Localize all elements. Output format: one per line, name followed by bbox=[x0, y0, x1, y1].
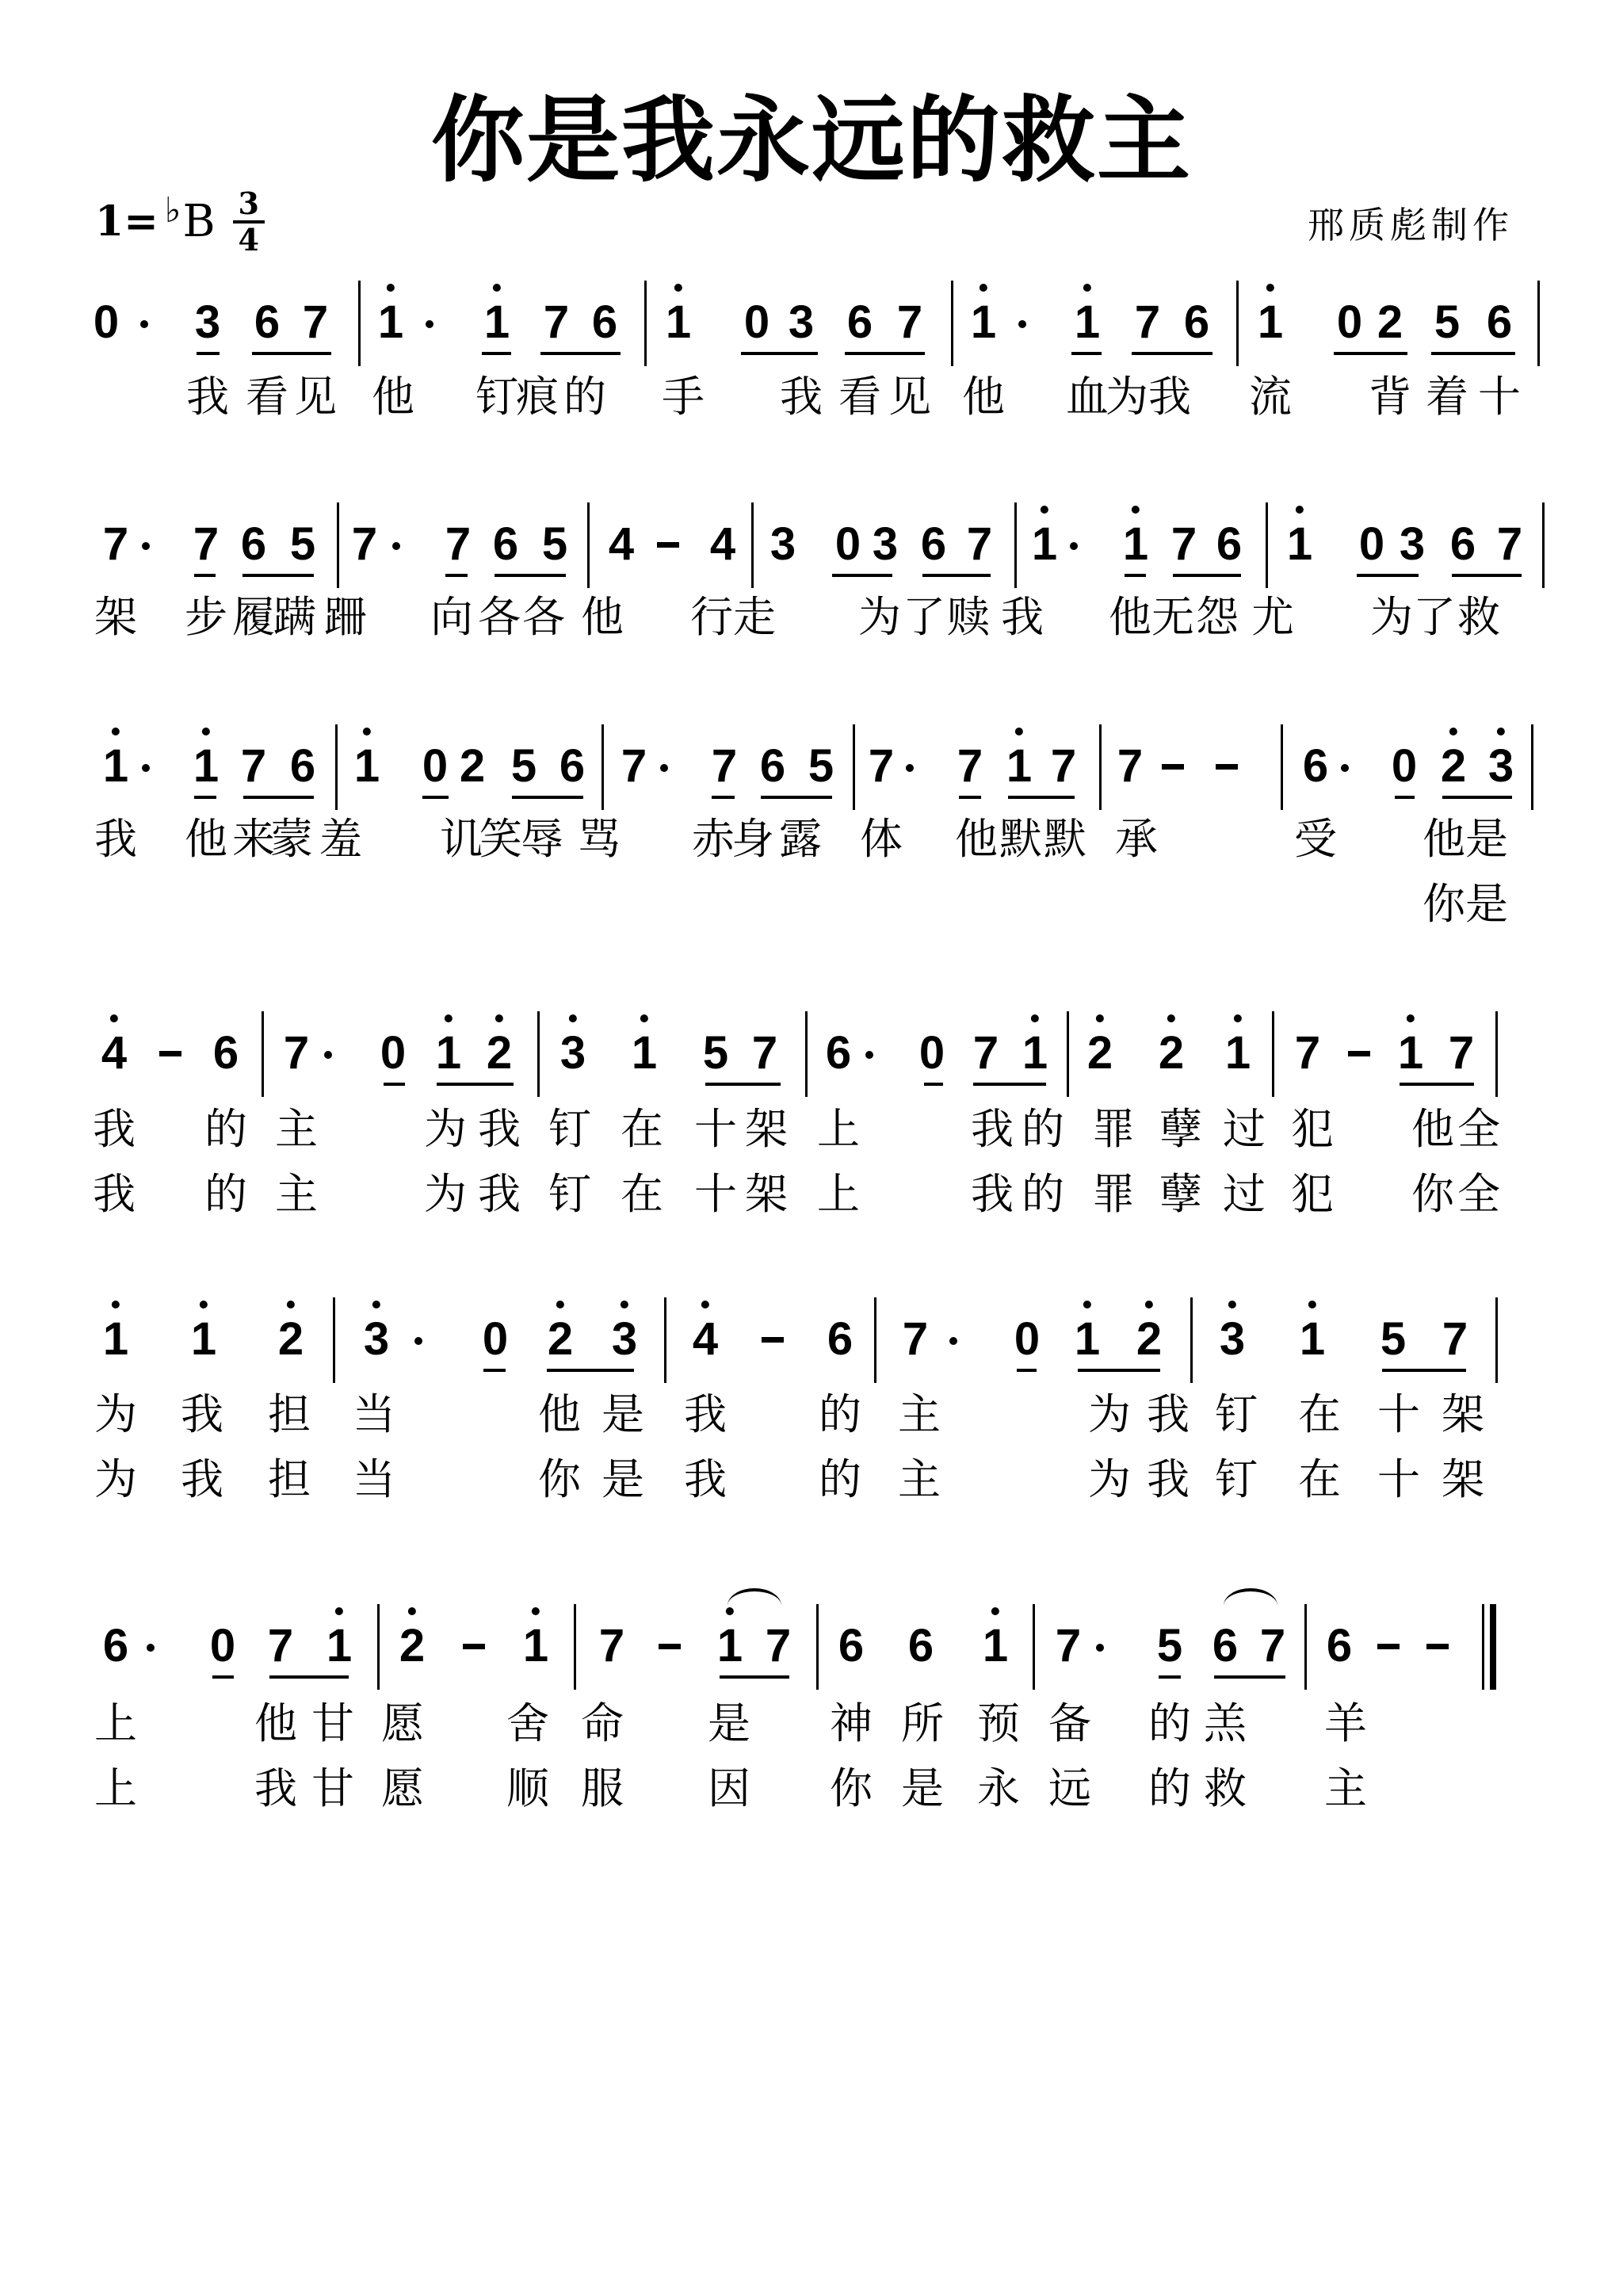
extension-dash-icon bbox=[463, 1644, 485, 1649]
eighth-note-underline bbox=[512, 796, 583, 799]
lyric-char: 是 bbox=[708, 1702, 750, 1745]
note: 6 bbox=[592, 300, 617, 346]
lyric-char: 担 bbox=[268, 1393, 311, 1436]
note: 7 bbox=[897, 300, 922, 346]
eighth-note-underline bbox=[194, 796, 216, 799]
lyric-char: 架 bbox=[1442, 1393, 1484, 1436]
lyric-char: 备 bbox=[1048, 1702, 1091, 1745]
lyric-char: 看 bbox=[246, 376, 288, 418]
augmentation-dot-icon bbox=[426, 320, 433, 328]
lyric-char: 他 bbox=[185, 818, 227, 861]
lyric-char: 的 bbox=[1022, 1173, 1064, 1216]
eighth-note-underline bbox=[1008, 796, 1075, 799]
lyric-char: 主 bbox=[898, 1393, 941, 1436]
note: 7 bbox=[193, 521, 219, 567]
lyric-char: 过 bbox=[1223, 1108, 1266, 1151]
lyric-char: 你 bbox=[1423, 883, 1465, 926]
note: 7 bbox=[241, 743, 266, 789]
eighth-note-underline bbox=[741, 352, 818, 355]
eighth-note-underline bbox=[269, 1675, 349, 1679]
lyric-char: 向 bbox=[430, 596, 473, 639]
barline bbox=[1495, 1297, 1498, 1383]
note: 7 bbox=[1171, 521, 1197, 567]
note: 7 bbox=[284, 1030, 309, 1076]
eighth-note-underline bbox=[712, 796, 735, 799]
note: 6 bbox=[559, 743, 585, 789]
lyric-char: 上 bbox=[817, 1173, 860, 1216]
eighth-note-underline bbox=[1017, 1369, 1037, 1372]
lyric-char: 架 bbox=[745, 1108, 788, 1151]
lyric-char: 是 bbox=[1465, 818, 1508, 861]
lyric-char: 我 bbox=[1147, 1393, 1190, 1436]
eighth-note-underline bbox=[1442, 796, 1512, 799]
eighth-note-underline bbox=[832, 574, 892, 577]
eighth-note-underline bbox=[1334, 352, 1407, 355]
high-octave-dot-icon bbox=[387, 284, 395, 292]
lyric-char: 他 bbox=[955, 818, 998, 861]
lyric-char: 为 bbox=[858, 596, 901, 639]
note: 7 bbox=[766, 1623, 791, 1669]
lyric-char: 我 bbox=[186, 376, 229, 418]
lyric-char: 来 bbox=[232, 818, 275, 861]
note: 7 bbox=[1497, 521, 1522, 567]
augmentation-dot-icon bbox=[660, 764, 668, 772]
high-octave-dot-icon bbox=[335, 1607, 343, 1615]
note: 1 bbox=[1225, 1030, 1251, 1076]
note: 7 bbox=[957, 743, 983, 789]
lyric-char: 钉 bbox=[475, 376, 518, 418]
lyric-char: 见 bbox=[294, 376, 337, 418]
lyric-char: 犯 bbox=[1291, 1173, 1334, 1216]
note: 0 bbox=[94, 300, 119, 346]
lyric-char: 痕 bbox=[516, 376, 559, 418]
lyric-char: 无 bbox=[1151, 596, 1194, 639]
note: 1 bbox=[354, 743, 380, 789]
note: 0 bbox=[483, 1316, 508, 1362]
note: 1 bbox=[1022, 1030, 1048, 1076]
note: 7 bbox=[1442, 1316, 1468, 1362]
extension-dash-icon bbox=[159, 1051, 181, 1056]
lyric-char: 行 bbox=[690, 596, 733, 639]
lyric-char: 所 bbox=[901, 1702, 944, 1745]
lyric-char: 当 bbox=[353, 1393, 395, 1436]
lyric-char: 钉 bbox=[548, 1108, 591, 1151]
lyric-char: 架 bbox=[745, 1173, 788, 1216]
note: 6 bbox=[493, 521, 518, 567]
augmentation-dot-icon bbox=[392, 542, 400, 550]
barline bbox=[1067, 1011, 1069, 1097]
lyric-char: 他 bbox=[254, 1702, 297, 1745]
high-octave-dot-icon bbox=[569, 1014, 577, 1022]
high-octave-dot-icon bbox=[112, 1301, 120, 1308]
note: 1 bbox=[1123, 521, 1148, 567]
eighth-note-underline bbox=[1400, 1083, 1474, 1086]
note: 0 bbox=[919, 1030, 945, 1076]
augmentation-dot-icon bbox=[1018, 320, 1026, 328]
lyric-char: 默 bbox=[1044, 818, 1086, 861]
note: 1 bbox=[191, 1316, 216, 1362]
note: 1 bbox=[971, 300, 996, 346]
note: 0 bbox=[210, 1623, 235, 1669]
barline bbox=[805, 1011, 808, 1097]
time-numerator: 3 bbox=[238, 189, 258, 219]
lyric-char: 孽 bbox=[1159, 1108, 1202, 1151]
lyric-char: 远 bbox=[1048, 1767, 1091, 1810]
lyric-char: 他 bbox=[962, 376, 1005, 418]
eighth-note-underline bbox=[252, 352, 331, 355]
barline bbox=[1304, 1604, 1307, 1690]
note: 1 bbox=[983, 1623, 1008, 1669]
barline bbox=[1099, 724, 1102, 810]
note: 2 bbox=[1136, 1316, 1162, 1362]
eighth-note-underline bbox=[1078, 1369, 1160, 1372]
eighth-note-underline bbox=[761, 796, 832, 799]
high-octave-dot-icon bbox=[495, 1014, 503, 1022]
barline bbox=[358, 281, 361, 366]
high-octave-dot-icon bbox=[1308, 1301, 1316, 1308]
lyric-char: 因 bbox=[708, 1767, 750, 1810]
note: 7 bbox=[869, 743, 894, 789]
lyric-char: 救 bbox=[1204, 1767, 1247, 1810]
lyric-char: 羔 bbox=[1204, 1702, 1247, 1745]
barline bbox=[601, 724, 604, 810]
lyric-char: 见 bbox=[888, 376, 931, 418]
note: 4 bbox=[693, 1316, 718, 1362]
note: 2 bbox=[1441, 743, 1466, 789]
lyric-char: 笑 bbox=[479, 818, 522, 861]
lyric-char: 跚 bbox=[324, 596, 367, 639]
note: 7 bbox=[352, 521, 377, 567]
lyric-char: 受 bbox=[1294, 818, 1337, 861]
note: 1 bbox=[666, 300, 691, 346]
note: 3 bbox=[1488, 743, 1514, 789]
barline bbox=[664, 1297, 666, 1383]
high-octave-dot-icon bbox=[1228, 1301, 1236, 1308]
lyric-char: 怨 bbox=[1196, 596, 1239, 639]
note: 6 bbox=[241, 521, 266, 567]
barline bbox=[1033, 1604, 1035, 1690]
lyric-char: 我 bbox=[1147, 1458, 1190, 1501]
lyric-char: 讥 bbox=[440, 818, 483, 861]
time-signature: 3 4 bbox=[233, 189, 265, 255]
high-octave-dot-icon bbox=[287, 1301, 295, 1308]
note: 2 bbox=[1159, 1030, 1184, 1076]
barline bbox=[574, 1604, 576, 1690]
lyric-char: 钉 bbox=[1215, 1458, 1258, 1501]
key-tonic: 1 bbox=[95, 201, 124, 243]
note: 7 bbox=[1135, 300, 1160, 346]
lyric-char: 我 bbox=[780, 376, 823, 418]
lyric-char: 孽 bbox=[1159, 1173, 1202, 1216]
barline bbox=[377, 1604, 380, 1690]
high-octave-dot-icon bbox=[701, 1301, 709, 1308]
note: 1 bbox=[632, 1030, 657, 1076]
note: 1 bbox=[193, 743, 219, 789]
lyric-char: 他 bbox=[1423, 818, 1465, 861]
note: 6 bbox=[1184, 300, 1209, 346]
note: 7 bbox=[1051, 743, 1076, 789]
note: 5 bbox=[542, 521, 567, 567]
key-equals: = bbox=[124, 201, 158, 243]
lyric-char: 愿 bbox=[381, 1767, 424, 1810]
lyric-char: 上 bbox=[94, 1767, 137, 1810]
eighth-note-underline bbox=[1395, 796, 1415, 799]
lyric-char: 默 bbox=[999, 818, 1042, 861]
note: 2 bbox=[399, 1623, 425, 1669]
lyric-char: 愿 bbox=[381, 1702, 424, 1745]
barline bbox=[335, 724, 338, 810]
lyric-char: 你 bbox=[830, 1767, 873, 1810]
note: 1 bbox=[1287, 521, 1312, 567]
lyric-char: 十 bbox=[1478, 376, 1521, 418]
lyric-char: 架 bbox=[94, 596, 137, 639]
high-octave-dot-icon bbox=[1497, 728, 1505, 735]
note: 0 bbox=[744, 300, 769, 346]
high-octave-dot-icon bbox=[110, 1014, 118, 1022]
note: 7 bbox=[1449, 1030, 1474, 1076]
lyric-char: 为 bbox=[1370, 596, 1413, 639]
note: 1 bbox=[103, 743, 128, 789]
time-denominator: 4 bbox=[238, 225, 258, 255]
note: 2 bbox=[487, 1030, 512, 1076]
lyric-char: 羊 bbox=[1324, 1702, 1367, 1745]
note: 5 bbox=[808, 743, 834, 789]
lyric-char: 的 bbox=[1148, 1767, 1191, 1810]
eighth-note-underline bbox=[973, 1083, 1046, 1086]
lyric-char: 担 bbox=[268, 1458, 311, 1501]
high-octave-dot-icon bbox=[1083, 1301, 1091, 1308]
eighth-note-underline bbox=[1173, 574, 1241, 577]
note: 1 bbox=[378, 300, 403, 346]
eighth-note-underline bbox=[1382, 1369, 1466, 1372]
lyric-char: 命 bbox=[581, 1702, 624, 1745]
barline bbox=[816, 1604, 819, 1690]
lyric-char: 是 bbox=[601, 1458, 644, 1501]
lyric-char: 的 bbox=[1148, 1702, 1191, 1745]
note: 6 bbox=[1327, 1623, 1352, 1669]
augmentation-dot-icon bbox=[140, 320, 148, 328]
barline bbox=[751, 502, 754, 588]
high-octave-dot-icon bbox=[640, 1014, 648, 1022]
barline bbox=[853, 724, 855, 810]
lyric-char: 我 bbox=[971, 1173, 1014, 1216]
lyric-char: 甘 bbox=[311, 1702, 354, 1745]
lyric-char: 罪 bbox=[1092, 1108, 1135, 1151]
high-octave-dot-icon bbox=[674, 284, 682, 292]
note: 6 bbox=[1487, 300, 1512, 346]
note: 7 bbox=[599, 1623, 624, 1669]
augmentation-dot-icon bbox=[1070, 542, 1078, 550]
lyric-char: 赤 bbox=[692, 818, 735, 861]
key-letter: B bbox=[183, 200, 216, 244]
note: 1 bbox=[1075, 1316, 1100, 1362]
note: 0 bbox=[1359, 521, 1384, 567]
lyric-char: 预 bbox=[977, 1702, 1020, 1745]
barline bbox=[1495, 1011, 1498, 1097]
eighth-note-underline bbox=[924, 1083, 943, 1086]
note: 5 bbox=[703, 1030, 728, 1076]
barline bbox=[1266, 502, 1268, 588]
lyric-char: 在 bbox=[1298, 1393, 1341, 1436]
lyric-char: 为 bbox=[94, 1393, 137, 1436]
barline bbox=[1537, 281, 1540, 366]
eighth-note-underline bbox=[1071, 352, 1102, 355]
extension-dash-icon bbox=[659, 1644, 681, 1649]
note: 1 bbox=[436, 1030, 461, 1076]
note: 7 bbox=[303, 300, 328, 346]
note: 6 bbox=[908, 1623, 934, 1669]
lyric-char: 十 bbox=[1377, 1458, 1420, 1501]
lyric-char: 我 bbox=[684, 1458, 727, 1501]
high-octave-dot-icon bbox=[556, 1301, 564, 1308]
lyric-char: 为 bbox=[1088, 1458, 1131, 1501]
augmentation-dot-icon bbox=[324, 1051, 332, 1059]
eighth-note-underline bbox=[495, 574, 566, 577]
augmentation-dot-icon bbox=[147, 1644, 155, 1652]
note: 3 bbox=[1400, 521, 1425, 567]
lyric-char: 我 bbox=[478, 1108, 521, 1151]
lyric-char: 露 bbox=[779, 818, 822, 861]
note: 6 bbox=[827, 1316, 853, 1362]
note: 5 bbox=[511, 743, 537, 789]
high-octave-dot-icon bbox=[1145, 1301, 1153, 1308]
lyric-char: 甘 bbox=[311, 1767, 354, 1810]
lyric-char: 尤 bbox=[1251, 596, 1294, 639]
note: 6 bbox=[1303, 743, 1328, 789]
lyric-char: 架 bbox=[1442, 1458, 1484, 1501]
note: 6 bbox=[921, 521, 946, 567]
high-octave-dot-icon bbox=[1083, 284, 1091, 292]
barline bbox=[1236, 281, 1239, 366]
lyric-char: 他 bbox=[1411, 1108, 1454, 1151]
barline bbox=[1272, 1011, 1274, 1097]
barline bbox=[951, 281, 953, 366]
eighth-note-underline bbox=[1431, 352, 1515, 355]
lyric-char: 主 bbox=[275, 1108, 318, 1151]
high-octave-dot-icon bbox=[200, 1301, 208, 1308]
note: 5 bbox=[1381, 1316, 1406, 1362]
lyric-char: 服 bbox=[581, 1767, 624, 1810]
lyric-char: 我 bbox=[1148, 376, 1191, 418]
note: 4 bbox=[609, 521, 634, 567]
eighth-note-underline bbox=[243, 796, 314, 799]
flat-icon: ♭ bbox=[165, 193, 181, 228]
note: 6 bbox=[760, 743, 785, 789]
lyric-char: 为 bbox=[1106, 376, 1148, 418]
extension-dash-icon bbox=[762, 1337, 784, 1343]
lyric-char: 十 bbox=[694, 1173, 737, 1216]
extension-dash-icon bbox=[1216, 764, 1238, 770]
lyric-char: 为 bbox=[1088, 1393, 1131, 1436]
eighth-note-underline bbox=[1214, 1675, 1285, 1679]
lyric-char: 全 bbox=[1457, 1173, 1500, 1216]
lyric-char: 的 bbox=[204, 1108, 247, 1151]
lyric-char: 在 bbox=[621, 1173, 663, 1216]
lyric-char: 你 bbox=[538, 1458, 581, 1501]
eighth-note-underline bbox=[1132, 352, 1212, 355]
lyric-char: 犯 bbox=[1291, 1108, 1334, 1151]
note: 5 bbox=[290, 521, 315, 567]
eighth-note-underline bbox=[482, 352, 511, 355]
note: 6 bbox=[838, 1623, 864, 1669]
high-octave-dot-icon bbox=[1096, 1014, 1104, 1022]
high-octave-dot-icon bbox=[112, 728, 120, 735]
lyric-char: 舍 bbox=[506, 1702, 549, 1745]
lyric-char: 是 bbox=[901, 1767, 944, 1810]
lyric-char: 为 bbox=[94, 1458, 137, 1501]
note: 7 bbox=[445, 521, 471, 567]
note: 5 bbox=[1157, 1623, 1182, 1669]
lyric-char: 主 bbox=[898, 1458, 941, 1501]
extension-dash-icon bbox=[1348, 1051, 1370, 1056]
high-octave-dot-icon bbox=[1449, 728, 1457, 735]
note: 6 bbox=[1212, 1623, 1238, 1669]
barline bbox=[1014, 502, 1017, 588]
key-signature: 1 = ♭ B 3 4 bbox=[95, 189, 265, 255]
note: 3 bbox=[1220, 1316, 1245, 1362]
note: 3 bbox=[789, 300, 814, 346]
note: 1 bbox=[103, 1316, 128, 1362]
augmentation-dot-icon bbox=[1096, 1644, 1104, 1652]
lyric-char: 在 bbox=[621, 1108, 663, 1151]
note: 3 bbox=[560, 1030, 586, 1076]
lyric-char: 他 bbox=[581, 596, 624, 639]
high-octave-dot-icon bbox=[1266, 284, 1274, 292]
lyric-char: 我 bbox=[1001, 596, 1044, 639]
lyric-char: 各 bbox=[478, 596, 521, 639]
augmentation-dot-icon bbox=[1341, 764, 1349, 772]
lyric-char: 当 bbox=[353, 1458, 395, 1501]
lyric-char: 永 bbox=[977, 1767, 1020, 1810]
eighth-note-underline bbox=[547, 1369, 634, 1372]
lyric-char: 罪 bbox=[1092, 1173, 1135, 1216]
note: 2 bbox=[278, 1316, 304, 1362]
eighth-note-underline bbox=[845, 352, 925, 355]
lyric-char: 的 bbox=[819, 1393, 861, 1436]
high-octave-dot-icon bbox=[1167, 1014, 1175, 1022]
lyric-char: 我 bbox=[181, 1458, 223, 1501]
lyric-char: 神 bbox=[830, 1702, 873, 1745]
lyric-char: 了 bbox=[1413, 596, 1456, 639]
note: 3 bbox=[770, 521, 796, 567]
lyric-char: 我 bbox=[181, 1393, 223, 1436]
note: 0 bbox=[380, 1030, 406, 1076]
eighth-note-underline bbox=[212, 1675, 234, 1679]
augmentation-dot-icon bbox=[906, 764, 914, 772]
lyric-char: 辱 bbox=[521, 818, 563, 861]
lyric-char: 羞 bbox=[319, 818, 362, 861]
lyric-char: 钉 bbox=[548, 1173, 591, 1216]
barline bbox=[644, 281, 647, 366]
eighth-note-underline bbox=[1452, 574, 1522, 577]
lyric-char: 的 bbox=[204, 1173, 247, 1216]
lyric-char: 是 bbox=[601, 1393, 644, 1436]
barline bbox=[1531, 724, 1533, 810]
note: 2 bbox=[1087, 1030, 1113, 1076]
lyric-char: 走 bbox=[733, 596, 776, 639]
lyric-char: 看 bbox=[838, 376, 881, 418]
lyric-char: 他 bbox=[1109, 596, 1151, 639]
extension-dash-icon bbox=[657, 542, 679, 548]
lyric-char: 我 bbox=[93, 1173, 136, 1216]
lyric-char: 我 bbox=[684, 1393, 727, 1436]
note: 1 bbox=[327, 1623, 352, 1669]
high-octave-dot-icon bbox=[991, 1607, 999, 1615]
eighth-note-underline bbox=[197, 352, 220, 355]
note: 6 bbox=[1216, 521, 1242, 567]
high-octave-dot-icon bbox=[1296, 506, 1304, 514]
note: 1 bbox=[1398, 1030, 1423, 1076]
